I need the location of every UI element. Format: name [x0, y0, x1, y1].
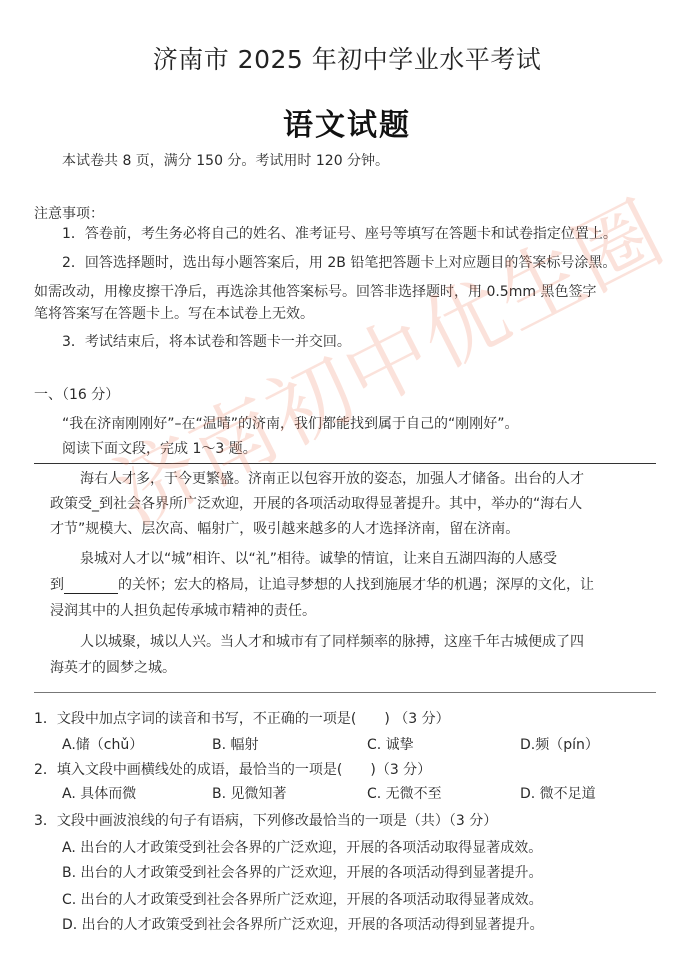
q3-option-a[interactable]: A. 出台的人才政策受到社会各界的广泛欢迎，开展的各项活动取得显著成效。	[62, 837, 542, 857]
passage-line-8: 海英才的圆梦之城。	[50, 657, 176, 677]
q3-option-b[interactable]: B. 出台的人才政策受到社会各界的广泛欢迎，开展的各项活动得到显著提升。	[62, 862, 543, 882]
q2-option-d[interactable]: D. 微不足道	[520, 783, 596, 803]
q3-option-d[interactable]: D. 出台的人才政策受到社会各界所广泛欢迎，开展的各项活动得到显著提升。	[62, 914, 544, 934]
exam-page: 济南市 2025 年初中学业水平考试 语文试题 本试卷共 8 页，满分 150 …	[0, 0, 694, 955]
exam-title: 济南市 2025 年初中学业水平考试	[0, 40, 694, 76]
passage-line-3: 才节”规模大、层次高、幅射广，吸引越来越多的人才选择济南，留在济南。	[50, 518, 519, 538]
subject-title: 语文试题	[0, 100, 694, 144]
q2-option-a[interactable]: A. 具体而微	[62, 783, 136, 803]
q1-option-b[interactable]: B. 幅射	[212, 734, 259, 754]
notice-item-3: 3．考试结束后，将本试卷和答题卡一并交回。	[62, 331, 351, 351]
section-heading: 一、（16 分）	[34, 384, 119, 404]
section-instruction: 阅读下面文段，完成 1～3 题。	[62, 438, 257, 458]
notice-item-2: 2．回答选择题时，选出每小题答案后，用 2B 铅笔把答题卡上对应题目的答案标号涂…	[62, 252, 616, 272]
notice-item-2-cont2: 笔将答案写在答题卡上。写在本试卷上无效。	[34, 303, 314, 323]
q1-option-c[interactable]: C. 诚挚	[367, 734, 414, 754]
passage-line-5-text: 的关怀；宏大的格局，让追寻梦想的人找到施展才华的机遇；深厚的文化，让	[118, 577, 594, 593]
passage-top-rule	[34, 463, 656, 464]
passage-line-4: 泉城对人才以“城”相许、以“礼”相待。诚挚的情谊，让来自五湖四海的人感受	[80, 548, 557, 568]
passage-line-7: 人以城聚，城以人兴。当人才和城市有了同样频率的脉搏，这座千年古城便成了四	[80, 631, 584, 651]
passage-line-2: 政策受_到社会各界所广泛欢迎，开展的各项活动取得显著提升。其中，举办的“海右人	[50, 493, 582, 513]
passage-blank-prefix: 到	[50, 577, 64, 593]
section-intro: “我在济南刚刚好”–在“温晴”的济南，我们都能找到属于自己的“刚刚好”。	[62, 413, 519, 433]
fill-blank	[64, 579, 118, 594]
q1-option-a[interactable]: A.储（chǔ）	[62, 734, 143, 754]
question-3-stem: 3．文段中画波浪线的句子有语病，下列修改最恰当的一项是（共）（3 分）	[34, 810, 497, 830]
passage-bottom-rule	[34, 692, 656, 693]
exam-info: 本试卷共 8 页，满分 150 分。考试用时 120 分钟。	[62, 150, 389, 170]
q2-option-b[interactable]: B. 见微知著	[212, 783, 287, 803]
question-2-stem: 2．填入文段中画横线处的成语，最恰当的一项是( )（3 分）	[34, 759, 431, 779]
q2-option-c[interactable]: C. 无微不至	[367, 783, 442, 803]
passage-line-6: 浸润其中的人担负起传承城市精神的责任。	[50, 600, 316, 620]
question-1-stem: 1．文段中加点字词的读音和书写，不正确的一项是( ) （3 分）	[34, 708, 450, 728]
notice-heading: 注意事项：	[34, 203, 104, 223]
q1-option-d[interactable]: D.频（pín）	[520, 734, 599, 754]
q3-option-c[interactable]: C. 出台的人才政策受到社会各界所广泛欢迎，开展的各项活动取得显著成效。	[62, 889, 543, 909]
notice-item-1: 1．答卷前，考生务必将自己的姓名、准考证号、座号等填写在答题卡和试卷指定位置上。	[62, 223, 617, 243]
passage-line-1: 海右人才多，于今更繁盛。济南正以包容开放的姿态，加强人才储备。出台的人才	[80, 468, 584, 488]
notice-item-2-cont: 如需改动，用橡皮擦干净后，再选涂其他答案标号。回答非选择题时，用 0.5mm 黑…	[34, 281, 596, 301]
passage-line-5: 到的关怀；宏大的格局，让追寻梦想的人找到施展才华的机遇；深厚的文化，让	[50, 574, 594, 594]
